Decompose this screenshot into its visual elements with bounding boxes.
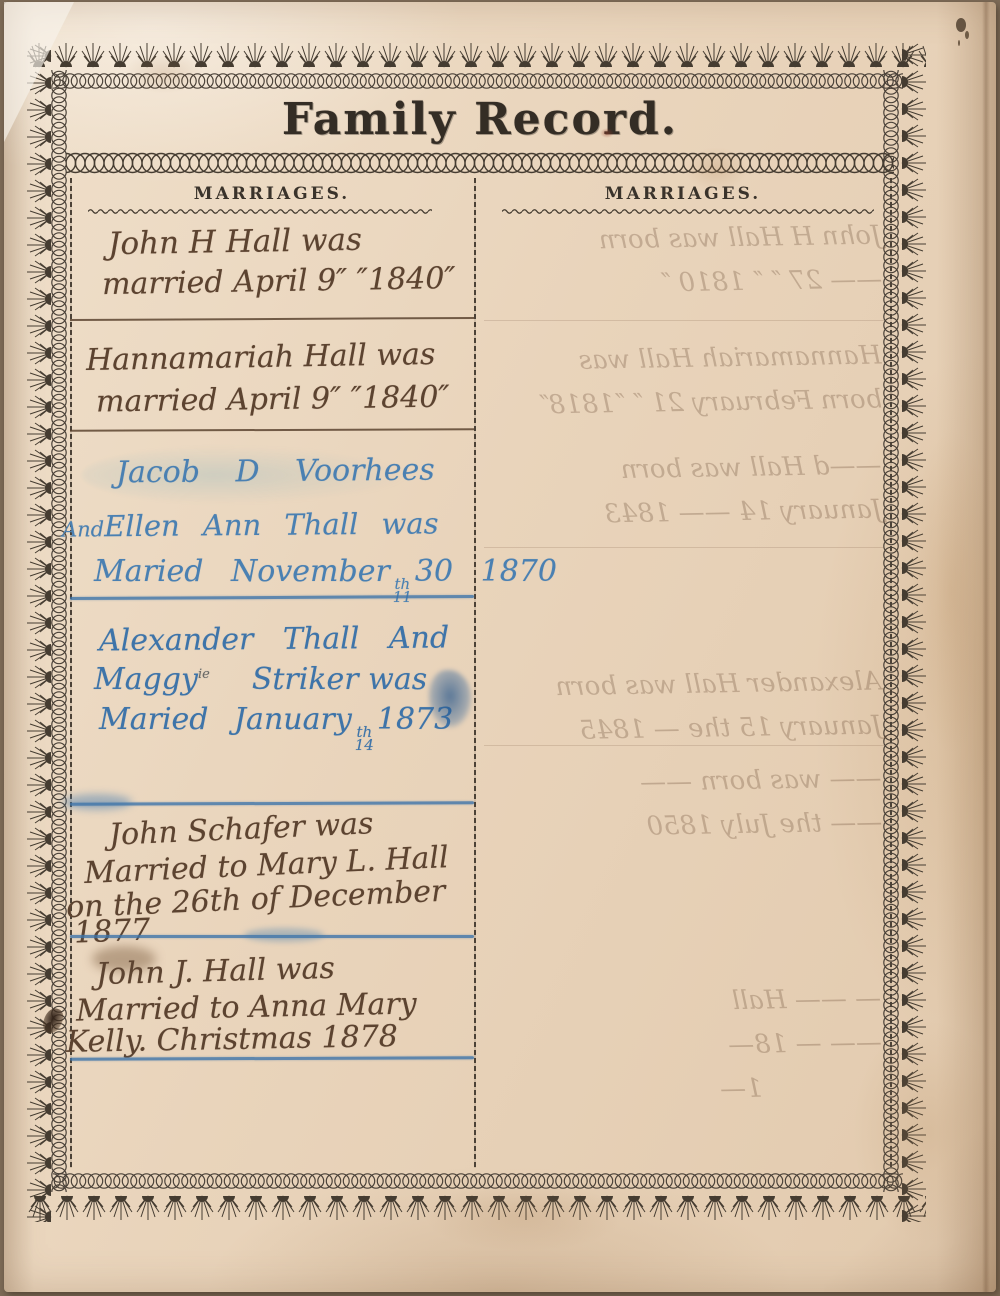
handwriting-line: married April 9″ ″1840″	[96, 380, 450, 420]
handwriting-line: 1877	[73, 912, 151, 950]
right-header-wavy-rule	[502, 208, 874, 216]
handwriting-text: Maggy	[94, 662, 198, 697]
handwriting-line: John H Hall was	[108, 222, 362, 262]
handwriting-line: AndEllen Ann Thall was	[62, 506, 439, 543]
bleed-through-entry: Alexander Hall was born January 15 the —…	[481, 667, 882, 762]
handwriting-text: 1873	[377, 702, 453, 737]
entry-separator-line-blue	[70, 1056, 474, 1060]
column-divider	[474, 178, 476, 1168]
border-fan-top	[26, 42, 926, 69]
entry-separator-line-blue	[70, 801, 474, 805]
entry-separator-line	[70, 428, 474, 431]
border-chain-left	[48, 70, 71, 1192]
paper-sheet: Family Record. MARRIAGES. MARRIAGES. Joh…	[4, 2, 996, 1292]
handwriting-text: 30 1870	[415, 554, 557, 589]
handwriting-line: John J. Hall was	[96, 951, 336, 992]
entry-separator-line	[70, 317, 474, 321]
bleed-line: January 14 —— 1843	[482, 495, 882, 532]
handwriting-text: Maried November	[94, 554, 390, 589]
border-chain-bottom	[53, 1170, 903, 1193]
edge-specks	[956, 18, 966, 32]
handwriting-line: Jacob D Voorhees	[116, 453, 435, 491]
bleed-line: —— 27 ″ ″ 1810 ″	[482, 265, 882, 302]
bleed-line: Hannamariah Hall was	[481, 341, 881, 378]
border-fan-bottom	[26, 1194, 926, 1221]
handwriting-line: Kelly. Christmas 1878	[66, 1019, 398, 1060]
bleed-line: —— — 18—	[482, 1028, 882, 1065]
bleed-through-entry: ——d Hall was born January 14 —— 1843	[481, 451, 882, 546]
date-superscript-stack: th11	[393, 578, 412, 604]
handwriting-text: Maried January	[99, 702, 352, 737]
handwriting-text: Ellen Ann Thall was	[104, 506, 439, 543]
entry-separator-line-blue	[70, 935, 474, 938]
handwriting-line: Alexander Thall And	[99, 620, 449, 658]
bleed-line: 1—	[482, 1074, 762, 1109]
scanned-family-record-page: Family Record. MARRIAGES. MARRIAGES. Joh…	[0, 0, 1000, 1296]
bleed-through-entry: —— was born —— —— the July 1850	[481, 764, 882, 859]
bleed-line: ——d Hall was born	[481, 451, 881, 488]
date-superscript-stack: th14	[355, 726, 374, 752]
bleed-line: —— the July 1850	[482, 808, 882, 845]
right-column-header: MARRIAGES.	[476, 184, 890, 204]
page-edge-crease	[982, 2, 990, 1292]
left-column-header: MARRIAGES.	[70, 184, 474, 204]
handwriting-line: Maried Januaryth141873	[99, 702, 453, 752]
bleed-through-entry: — —— Hall —— — 18— 1—	[481, 984, 883, 1123]
content-box-left-edge	[70, 178, 72, 1168]
pencil-superscript: ie	[198, 667, 210, 682]
content-box-right-edge	[890, 178, 892, 1168]
bleed-line: John H Hall was born	[481, 221, 881, 258]
border-fan-right	[900, 42, 927, 1222]
bleed-through-entry: John H Hall was born —— 27 ″ ″ 1810 ″	[481, 221, 882, 316]
faint-bleed-rule	[484, 547, 884, 548]
bleed-line: Alexander Hall was born	[481, 667, 881, 704]
handwriting-line: Hannamariah Hall was	[86, 337, 436, 378]
border-chain-top	[53, 70, 903, 93]
handwriting-word: And	[62, 517, 104, 541]
bleed-line: January 15 the — 1845	[482, 711, 882, 748]
left-header-wavy-rule	[88, 208, 432, 216]
faint-bleed-rule	[484, 320, 884, 321]
chain-band-divider	[66, 150, 894, 177]
bleed-line: — —— Hall	[481, 984, 881, 1021]
handwriting-line: married April 9″ ″1840″	[102, 261, 456, 302]
bleed-line: born February 21 ″ ″1818″	[482, 385, 882, 422]
page-title: Family Record.	[56, 94, 904, 145]
bleed-through-entry: Hannamariah Hall was born February 21 ″ …	[481, 341, 882, 436]
handwriting-text: Striker was	[252, 662, 427, 697]
stack-bottom: 14	[355, 739, 374, 752]
handwriting-line: MaggyieStriker was	[94, 662, 427, 697]
bleed-line: —— was born ——	[481, 764, 881, 801]
